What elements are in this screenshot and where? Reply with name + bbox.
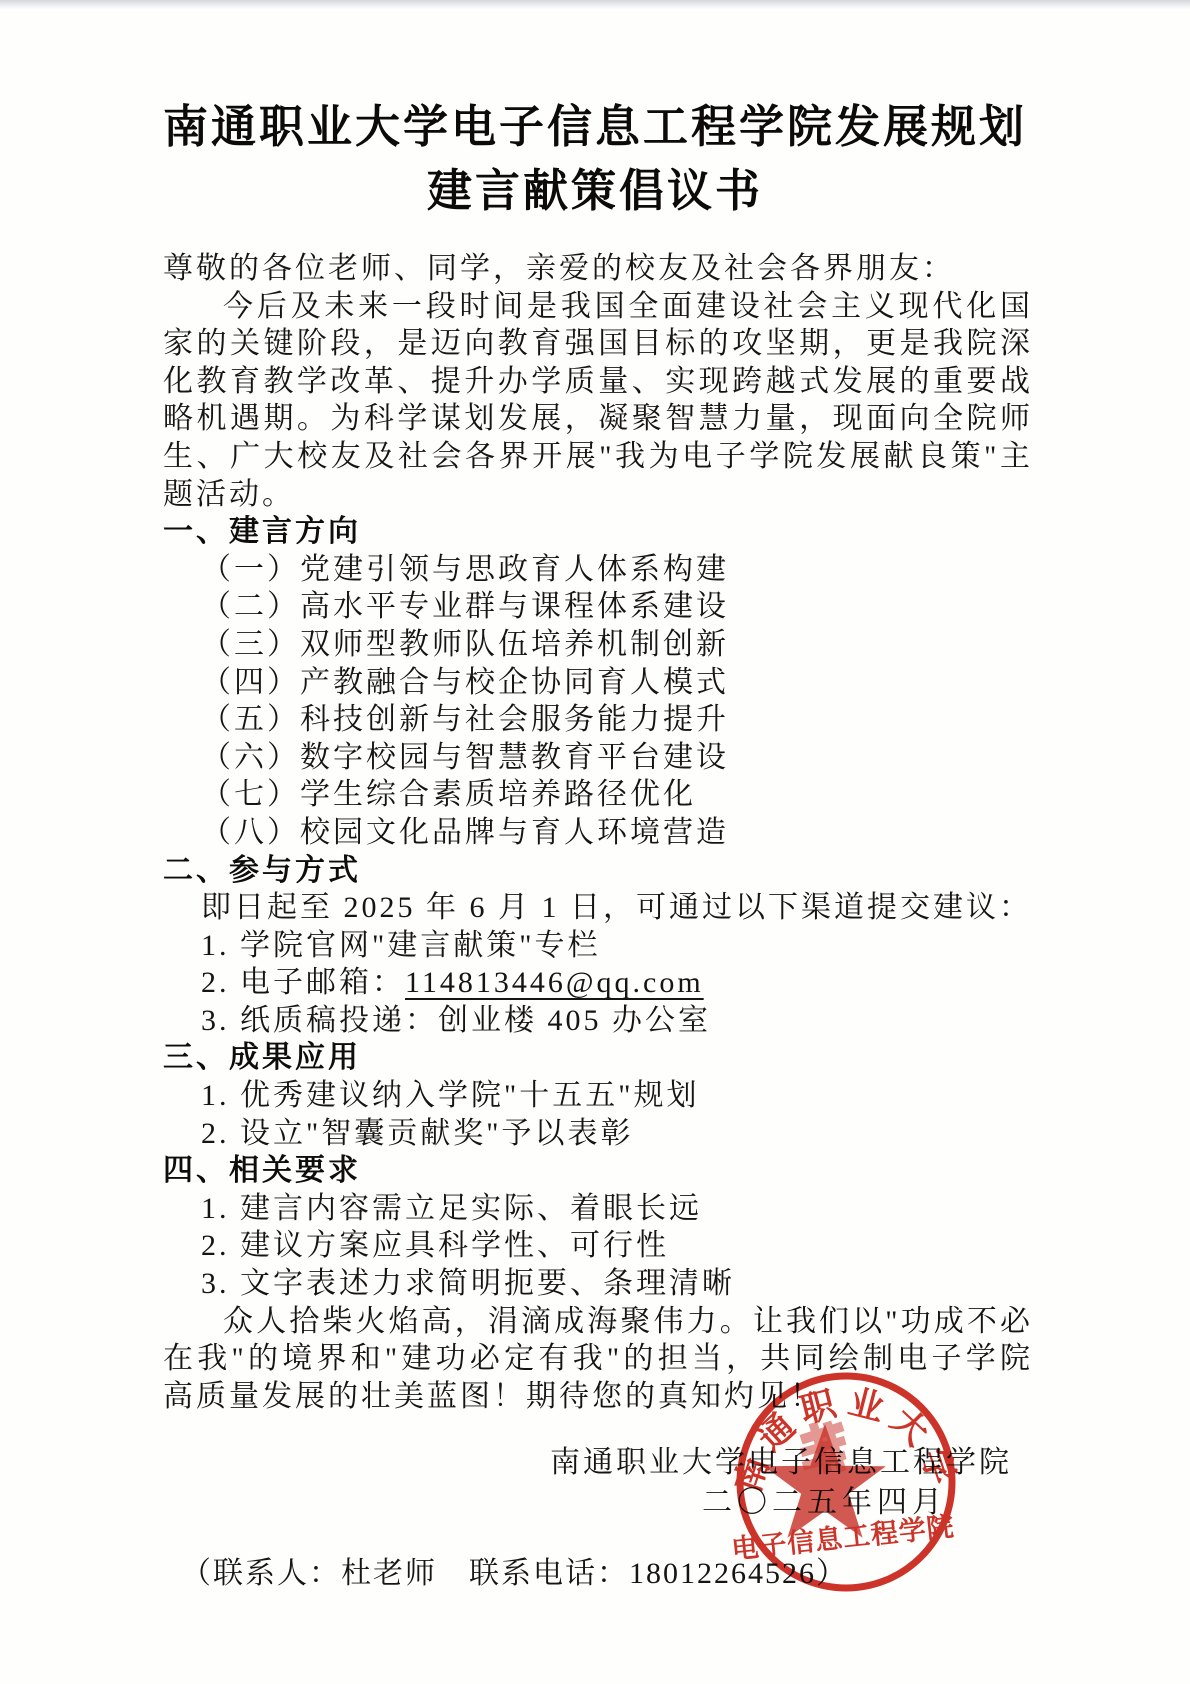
- email-label: 2. 电子邮箱：: [201, 966, 405, 999]
- intro-paragraph: 今后及未来一段时间是我国全面建设社会主义现代化国家的关键阶段，是迈向教育强国目标…: [163, 288, 1033, 514]
- section-heading-3: 三、成果应用: [163, 1039, 1033, 1077]
- document-title-line2: 建言献策倡议书: [0, 159, 1190, 223]
- list-item: 1. 优秀建议纳入学院"十五五"规划: [163, 1077, 1033, 1115]
- list-item: （六）数字校园与智慧教育平台建设: [163, 739, 1033, 777]
- list-item: 2. 设立"智囊贡献奖"予以表彰: [163, 1115, 1033, 1153]
- email-link[interactable]: 114813446@qq.com: [405, 966, 704, 999]
- list-item: （四）产教融合与校企协同育人模式: [163, 664, 1033, 702]
- section-heading-2: 二、参与方式: [163, 852, 1033, 890]
- participation-intro: 即日起至 2025 年 6 月 1 日，可通过以下渠道提交建议：: [163, 889, 1033, 927]
- list-item-email: 2. 电子邮箱：114813446@qq.com: [163, 964, 1033, 1002]
- document-body: 尊敬的各位老师、同学，亲爱的校友及社会各界朋友： 今后及未来一段时间是我国全面建…: [163, 250, 1033, 1415]
- section-heading-4: 四、相关要求: [163, 1152, 1033, 1190]
- scan-edge-artifact: [0, 0, 1190, 10]
- scanned-document-page: 南通职业大学电子信息工程学院发展规划 建言献策倡议书 尊敬的各位老师、同学，亲爱…: [0, 0, 1190, 1684]
- seal-graphic: 南通职业大学 电子信息工程学院: [730, 1366, 964, 1600]
- list-item: （七）学生综合素质培养路径优化: [163, 776, 1033, 814]
- list-item: （五）科技创新与社会服务能力提升: [163, 701, 1033, 739]
- list-item: （一）党建引领与思政育人体系构建: [163, 551, 1033, 589]
- list-item: 3. 纸质稿投递：创业楼 405 办公室: [163, 1002, 1033, 1040]
- list-item: （八）校园文化品牌与育人环境营造: [163, 814, 1033, 852]
- list-item: 1. 学院官网"建言献策"专栏: [163, 927, 1033, 965]
- list-item: 3. 文字表述力求简明扼要、条理清晰: [163, 1265, 1033, 1303]
- section-heading-1: 一、建言方向: [163, 513, 1033, 551]
- list-item: （三）双师型教师队伍培养机制创新: [163, 626, 1033, 664]
- list-item: 2. 建议方案应具科学性、可行性: [163, 1227, 1033, 1265]
- document-title: 南通职业大学电子信息工程学院发展规划 建言献策倡议书: [0, 95, 1190, 223]
- greeting-line: 尊敬的各位老师、同学，亲爱的校友及社会各界朋友：: [163, 250, 1033, 288]
- official-seal-stamp: 南通职业大学 电子信息工程学院: [730, 1366, 964, 1600]
- document-title-line1: 南通职业大学电子信息工程学院发展规划: [0, 95, 1190, 159]
- list-item: 1. 建言内容需立足实际、着眼长远: [163, 1190, 1033, 1228]
- list-item: （二）高水平专业群与课程体系建设: [163, 588, 1033, 626]
